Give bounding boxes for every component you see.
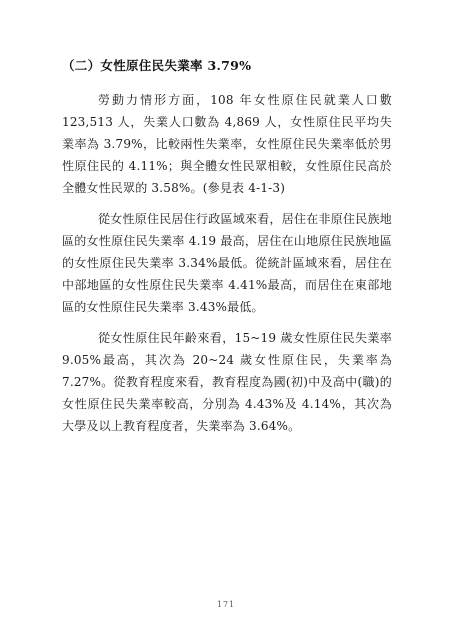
document-page: （二）女性原住民失業率 3.79% 勞動力情形方面，108 年女性原住民就業人口… xyxy=(0,0,452,640)
body-paragraph-labor-force: 勞動力情形方面，108 年女性原住民就業人口數 123,513 人，失業人口數為… xyxy=(62,89,392,199)
body-paragraph-region: 從女性原住民居住行政區域來看，居住在非原住民族地區的女性原住民失業率 4.19 … xyxy=(62,208,392,318)
page-number: 171 xyxy=(0,600,452,609)
section-heading: （二）女性原住民失業率 3.79% xyxy=(62,58,392,74)
page-content: （二）女性原住民失業率 3.79% 勞動力情形方面，108 年女性原住民就業人口… xyxy=(62,58,392,446)
body-paragraph-age-education: 從女性原住民年齡來看，15~19 歲女性原住民失業率 9.05%最高，其次為 2… xyxy=(62,327,392,437)
